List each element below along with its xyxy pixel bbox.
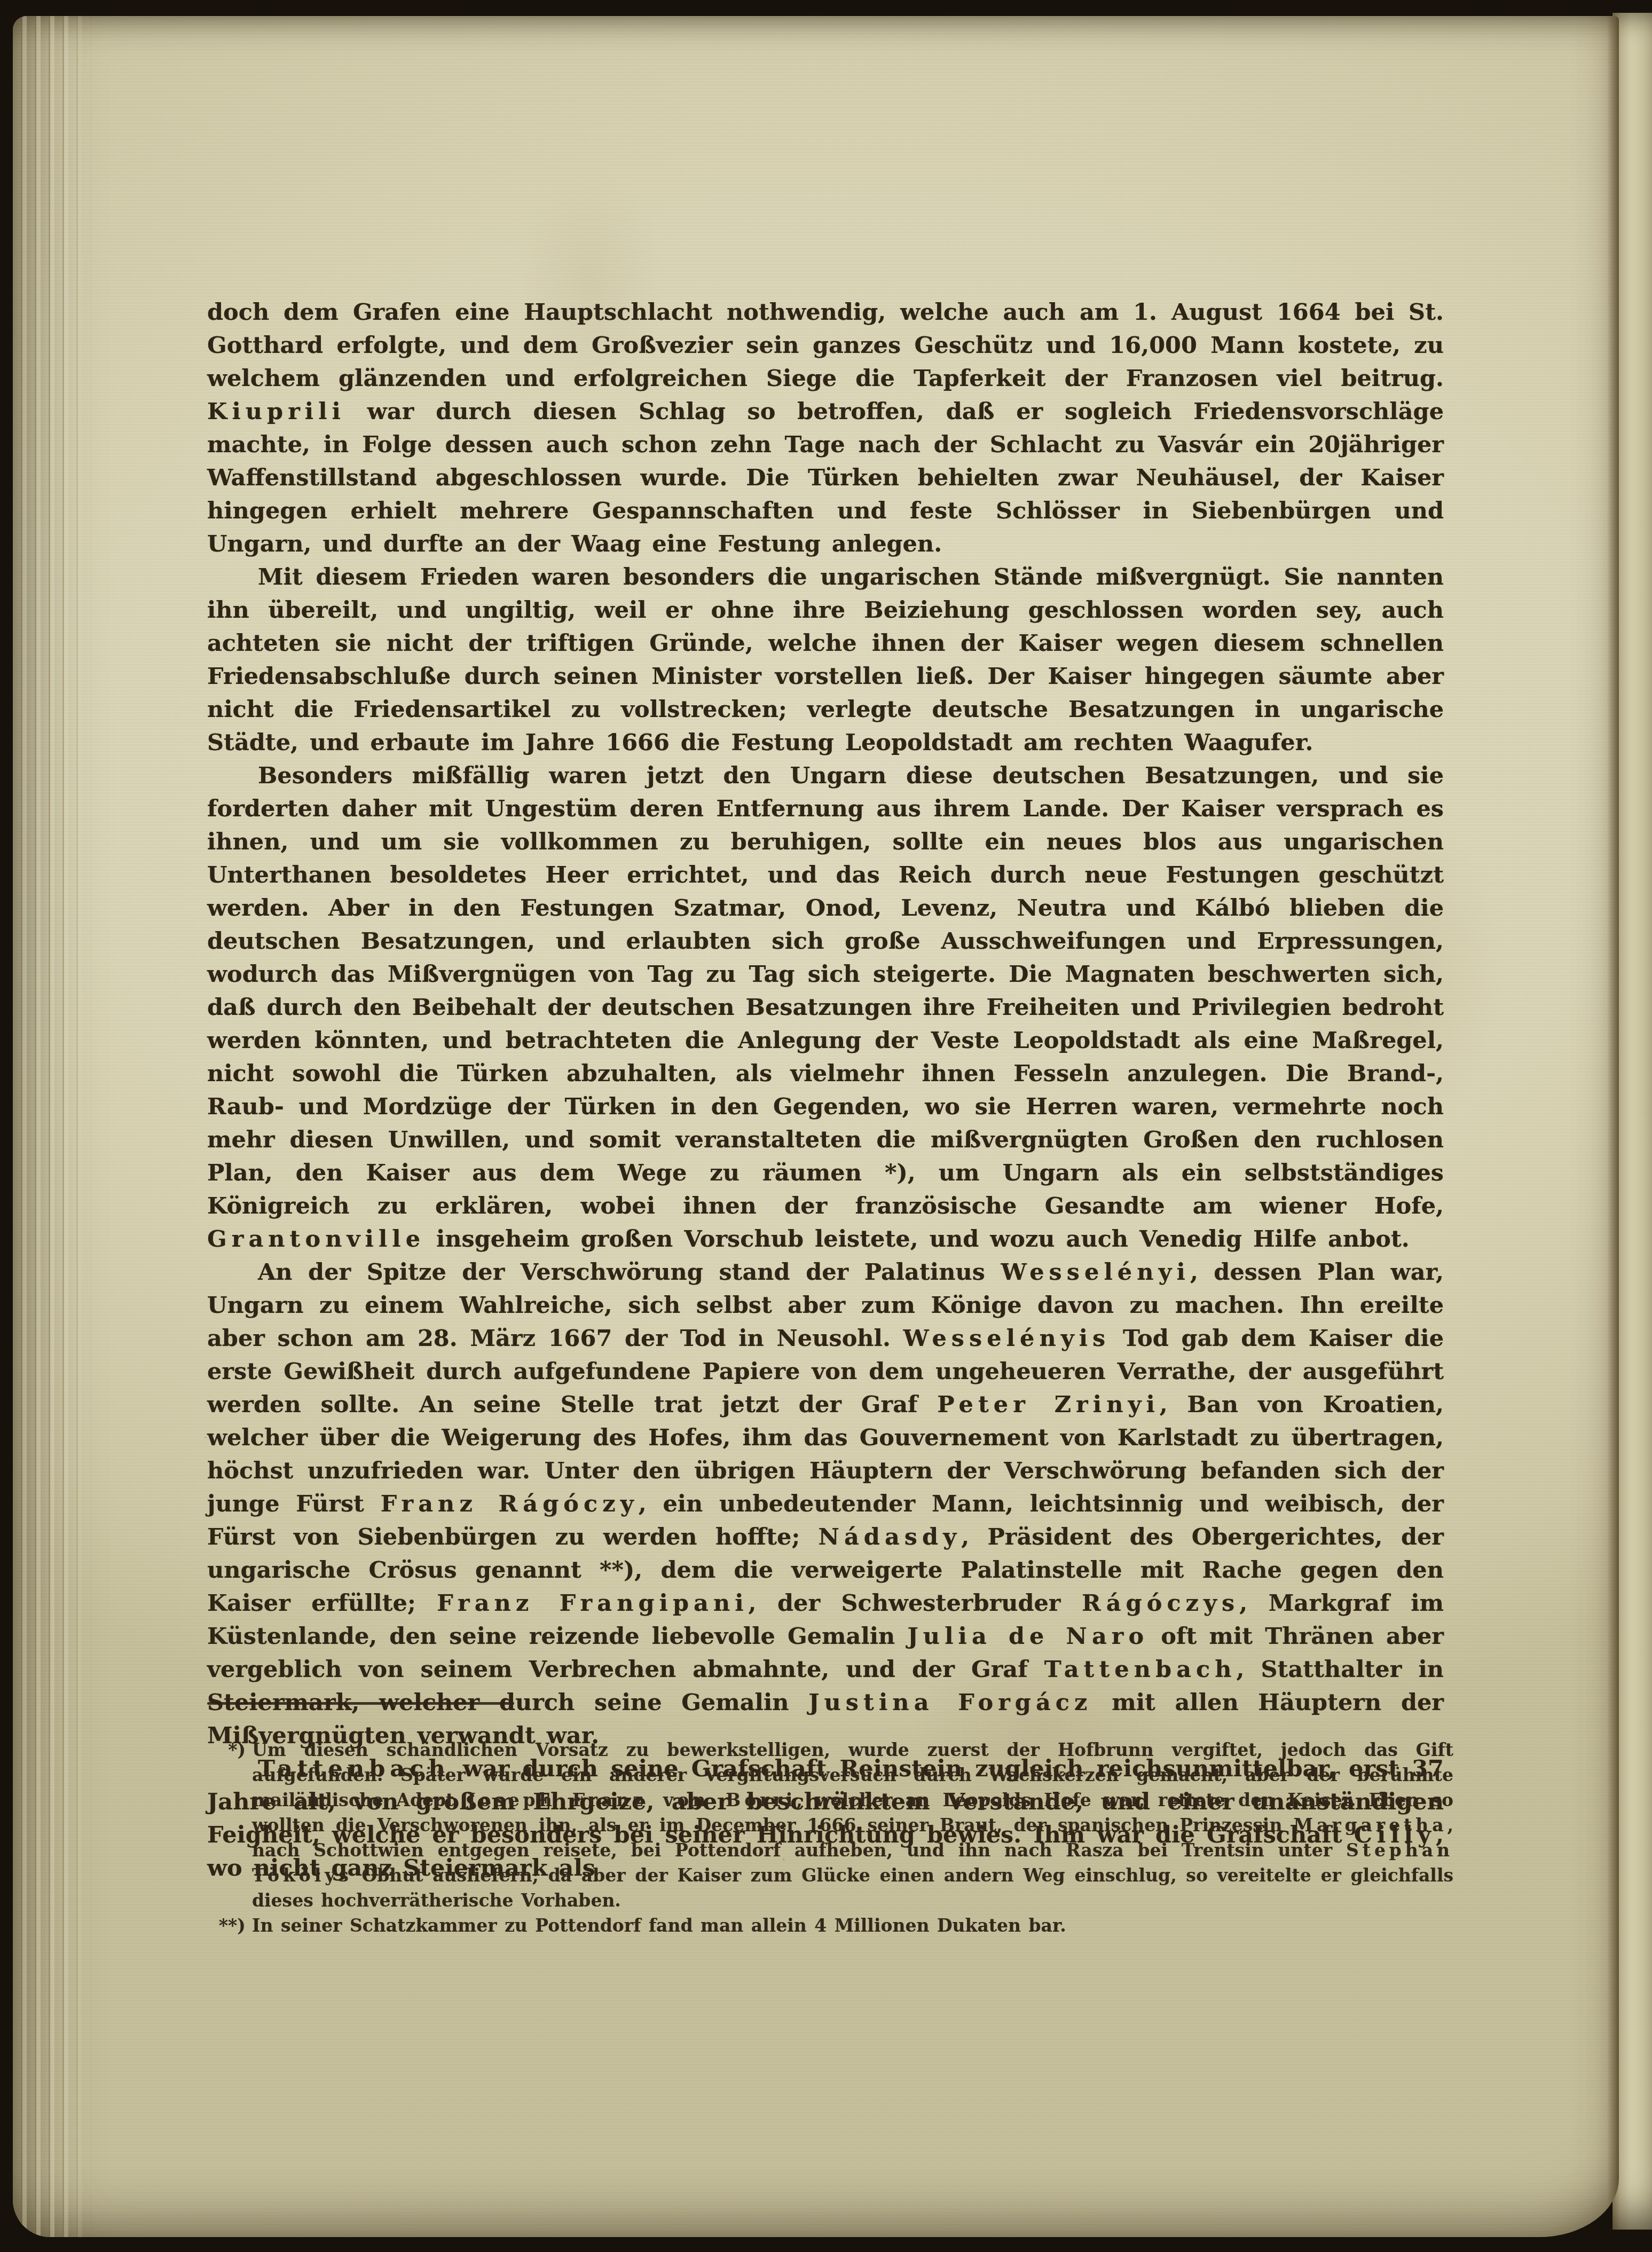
- text-run: An der Spitze der Verschwörung stand der…: [258, 1259, 1001, 1286]
- text-run: doch dem Grafen eine Hauptschlacht nothw…: [207, 299, 1444, 392]
- text-run: insgeheim großen Vorschub leistete, und …: [425, 1226, 1410, 1253]
- spaced-proper-name: Nádasdy: [819, 1524, 962, 1550]
- book-page: doch dem Grafen eine Hauptschlacht nothw…: [13, 16, 1619, 2237]
- footnote: *)Um diesen schändlichen Vorsatz zu bewe…: [207, 1737, 1453, 1913]
- footnote: **)In seiner Schatzkammer zu Pottendorf …: [207, 1913, 1453, 1938]
- scan-background: doch dem Grafen eine Hauptschlacht nothw…: [0, 0, 1652, 2252]
- spaced-proper-name: Kiuprili: [207, 398, 345, 425]
- spaced-proper-name: Grantonville: [207, 1226, 425, 1253]
- paragraph: doch dem Grafen eine Hauptschlacht nothw…: [207, 296, 1444, 561]
- footnote-separator: [207, 1702, 514, 1705]
- paragraph: Mit diesem Frieden waren besonders die u…: [207, 561, 1444, 759]
- spaced-proper-name: Margaretha: [1293, 1815, 1447, 1836]
- spaced-proper-name: Peter Zrinyi: [937, 1391, 1160, 1418]
- spaced-proper-name: Wesselényis: [903, 1325, 1111, 1352]
- spaced-proper-name: Franz Frangipani: [437, 1590, 748, 1617]
- spaced-proper-name: Tattenbach: [1044, 1656, 1237, 1683]
- spaced-proper-name: Justina Forgácz: [808, 1689, 1092, 1716]
- page-crease: [1607, 16, 1619, 2237]
- spaced-proper-name: Rágóczys: [1082, 1590, 1239, 1617]
- paragraph: Besonders mißfällig waren jetzt den Unga…: [207, 759, 1444, 1256]
- paragraph: An der Spitze der Verschwörung stand der…: [207, 1256, 1444, 1752]
- footnote-marker: *): [207, 1737, 252, 1762]
- spaced-proper-name: Franz Rágóczy: [381, 1491, 639, 1517]
- spaced-proper-name: Wesselényi: [1001, 1259, 1190, 1286]
- text-run: , der Schwesterbruder: [749, 1590, 1082, 1617]
- text-run: Obhut ausliefern; da aber der Kaiser zum…: [252, 1865, 1453, 1911]
- spaced-proper-name: Joseph Franz von Borri: [467, 1790, 797, 1810]
- footnote-marker: **): [207, 1913, 252, 1938]
- text-run: In seiner Schatzkammer zu Pottendorf fan…: [252, 1915, 1066, 1936]
- spaced-proper-name: Julia de Naro: [907, 1623, 1148, 1650]
- footnote-list: *)Um diesen schändlichen Vorsatz zu bewe…: [207, 1737, 1453, 1938]
- text-run: Mit diesem Frieden waren besonders die u…: [207, 564, 1444, 756]
- text-run: war durch diesen Schlag so betroffen, da…: [207, 398, 1444, 557]
- page-edge-stack: [13, 16, 93, 2237]
- body-text: doch dem Grafen eine Hauptschlacht nothw…: [207, 296, 1444, 1885]
- text-run: Besonders mißfällig waren jetzt den Unga…: [207, 762, 1444, 1219]
